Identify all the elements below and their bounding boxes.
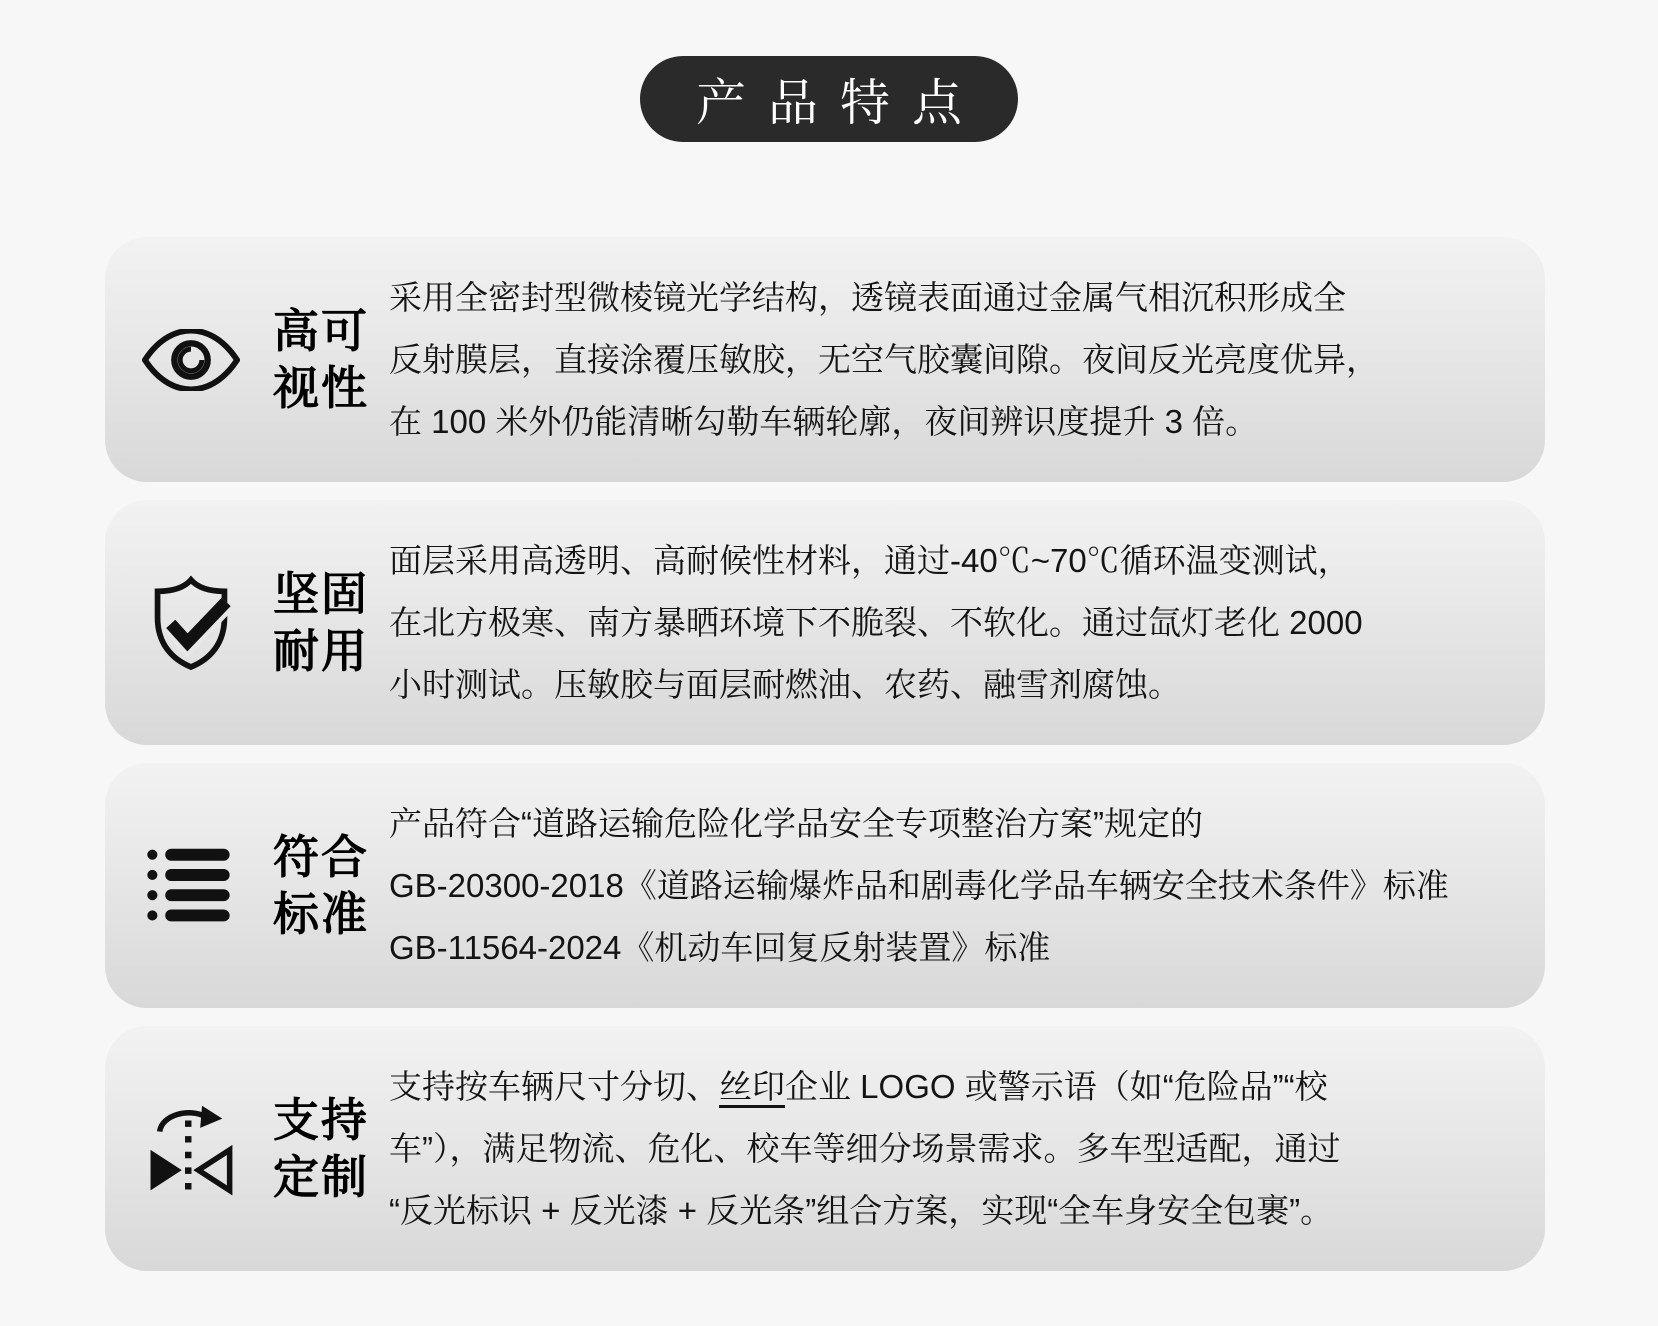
feature-card-customization: 支持 定制 支持按车辆尺寸分切、丝印企业 LOGO 或警示语（如“危险品”“校车… [105,1026,1545,1271]
card-text-line: GB-11564-2024《机动车回复反射装置》标准 [389,917,1449,979]
card-text-line: 小时测试。压敏胶与面层耐燃油、农药、融雪剂腐蚀。 [389,654,1363,716]
card-title: 高可 视性 [273,303,371,417]
card-title: 符合 标准 [273,829,371,943]
card-text-line: 在 100 米外仍能清晰勾勒车辆轮廓，夜间辨识度提升 3 倍。 [389,391,1379,453]
card-text-line: 支持按车辆尺寸分切、丝印企业 LOGO 或警示语（如“危险品”“校 [389,1056,1341,1118]
shield-check-icon [135,573,247,673]
page-title-label: 产品特点 [674,63,984,135]
card-text-line: GB-20300-2018《道路运输爆炸品和剧毒化学品车辆安全技术条件》标准 [389,855,1449,917]
card-text-line: “反光标识 + 反光漆 + 反光条”组合方案，实现“全车身安全包裹”。 [389,1180,1341,1242]
card-text: 面层采用高透明、高耐候性材料，通过-40℃~70℃循环温变测试，在北方极寒、南方… [389,530,1363,716]
feature-card-meets-standards: 符合 标准 产品符合“道路运输危险化学品安全专项整治方案”规定的GB-20300… [105,763,1545,1008]
feature-card-sturdy-durable: 坚固 耐用 面层采用高透明、高耐候性材料，通过-40℃~70℃循环温变测试，在北… [105,500,1545,745]
card-text-line: 采用全密封型微棱镜光学结构，透镜表面通过金属气相沉积形成全 [389,267,1379,329]
flip-horizontal-icon [135,1098,247,1200]
card-text: 支持按车辆尺寸分切、丝印企业 LOGO 或警示语（如“危险品”“校车”），满足物… [389,1056,1341,1242]
card-text: 产品符合“道路运输危险化学品安全专项整治方案”规定的GB-20300-2018《… [389,793,1449,979]
product-features-page: 产品特点 高可 视性 采用全密封型微棱镜光学结构，透镜表面通过金属气相沉积形成全… [0,0,1658,1326]
card-title: 坚固 耐用 [273,566,371,680]
card-text-line: 在北方极寒、南方暴晒环境下不脆裂、不软化。通过氙灯老化 2000 [389,592,1363,654]
card-text-line: 面层采用高透明、高耐候性材料，通过-40℃~70℃循环温变测试， [389,530,1363,592]
card-text-line: 产品符合“道路运输危险化学品安全专项整治方案”规定的 [389,793,1449,855]
card-title: 支持 定制 [273,1092,371,1206]
list-icon [135,843,247,929]
card-text-line: 反射膜层，直接涂覆压敏胶，无空气胶囊间隙。夜间反光亮度优异， [389,329,1379,391]
page-title: 产品特点 [640,56,1018,142]
feature-card-high-visibility: 高可 视性 采用全密封型微棱镜光学结构，透镜表面通过金属气相沉积形成全反射膜层，… [105,237,1545,482]
card-text: 采用全密封型微棱镜光学结构，透镜表面通过金属气相沉积形成全反射膜层，直接涂覆压敏… [389,267,1379,453]
eye-icon [135,329,247,391]
card-text-line: 车”），满足物流、危化、校车等细分场景需求。多车型适配，通过 [389,1118,1341,1180]
